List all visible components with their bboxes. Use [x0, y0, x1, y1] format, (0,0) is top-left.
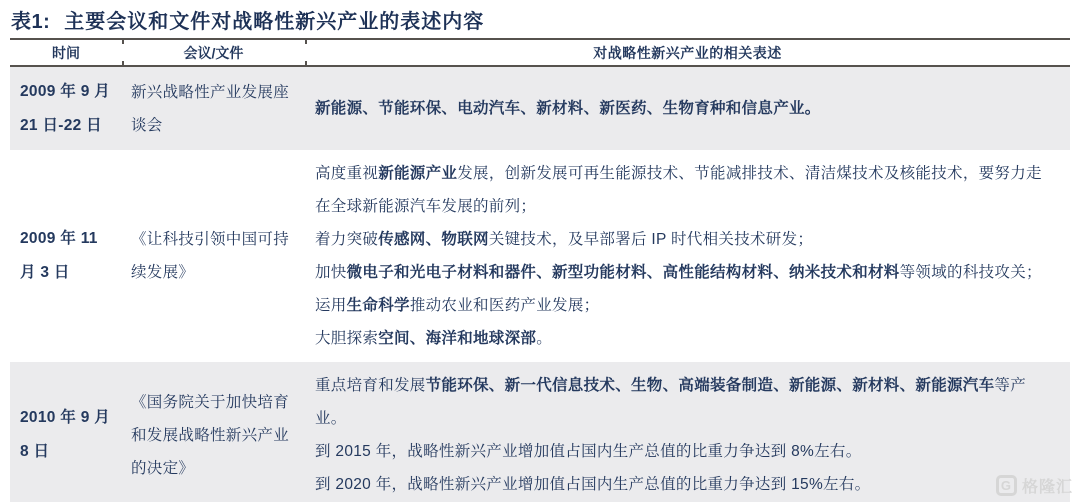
table-row: 2009 年 9 月 21 日-22 日新兴战略性产业发展座 谈会新能源、节能环… — [10, 67, 1070, 150]
report-table-figure: 表1:主要会议和文件对战略性新兴产业的表述内容 时间 会议/文件 对战略性新兴产… — [10, 0, 1070, 502]
gelonghui-logo-icon: G — [996, 475, 1017, 496]
cell-statements: 重点培育和发展节能环保、新一代信息技术、生物、高端装备制造、新能源、新材料、新能… — [305, 362, 1070, 502]
header-rule — [10, 65, 1070, 67]
cell-time: 2010 年 9 月 8 日 — [10, 401, 122, 469]
header-statements: 对战略性新兴产业的相关表述 — [305, 43, 1070, 63]
cell-meeting-document: 新兴战略性产业发展座 谈会 — [122, 76, 305, 142]
column-tick — [122, 40, 124, 44]
column-tick — [122, 61, 124, 65]
statement-paragraph: 到 2020 年，战略性新兴产业增加值占国内生产总值的比重力争达到 15%左右。 — [315, 468, 1056, 501]
statement-paragraph: 大胆探索空间、海洋和地球深部。 — [315, 322, 1056, 355]
statement-paragraph: 到 2015 年，战略性新兴产业增加值占国内生产总值的比重力争达到 8%左右。 — [315, 435, 1056, 468]
statement-paragraph: 新能源、节能环保、电动汽车、新材料、新医药、生物育种和信息产业。 — [315, 92, 1056, 125]
statement-paragraph: 运用生命科学推动农业和医药产业发展； — [315, 289, 1056, 322]
table-body: 2009 年 9 月 21 日-22 日新兴战略性产业发展座 谈会新能源、节能环… — [10, 67, 1070, 502]
table-title-text: 主要会议和文件对战略性新兴产业的表述内容 — [64, 11, 484, 33]
statement-paragraph: 重点培育和发展节能环保、新一代信息技术、生物、高端装备制造、新能源、新材料、新能… — [315, 369, 1056, 435]
cell-time: 2009 年 11 月 3 日 — [10, 222, 122, 290]
title-rule — [10, 38, 1070, 40]
column-tick — [305, 40, 307, 44]
statement-paragraph: 加快微电子和光电子材料和器件、新型功能材料、高性能结构材料、纳米技术和材料等领域… — [315, 256, 1056, 289]
table-header-row: 时间 会议/文件 对战略性新兴产业的相关表述 — [10, 40, 1070, 65]
cell-statements: 高度重视新能源产业发展，创新发展可再生能源技术、节能减排技术、清洁煤技术及核能技… — [305, 150, 1070, 362]
statement-paragraph: 高度重视新能源产业发展，创新发展可再生能源技术、节能减排技术、清洁煤技术及核能技… — [315, 157, 1056, 223]
cell-statements: 新能源、节能环保、电动汽车、新材料、新医药、生物育种和信息产业。 — [305, 85, 1070, 132]
table-number-label: 表1: — [11, 11, 50, 33]
header-meeting-document: 会议/文件 — [122, 43, 305, 63]
header-time: 时间 — [10, 43, 122, 63]
cell-meeting-document: 《让科技引领中国可持 续发展》 — [122, 223, 305, 289]
table-title: 表1:主要会议和文件对战略性新兴产业的表述内容 — [10, 0, 1070, 38]
column-tick — [305, 61, 307, 65]
table-row: 2010 年 9 月 8 日《国务院关于加快培育 和发展战略性新兴产业 的决定》… — [10, 362, 1070, 502]
watermark: G 格隆汇 — [996, 474, 1073, 497]
table-row: 2009 年 11 月 3 日《让科技引领中国可持 续发展》高度重视新能源产业发… — [10, 150, 1070, 362]
cell-meeting-document: 《国务院关于加快培育 和发展战略性新兴产业 的决定》 — [122, 386, 305, 485]
watermark-text: 格隆汇 — [1022, 474, 1073, 497]
cell-time: 2009 年 9 月 21 日-22 日 — [10, 75, 122, 143]
statement-paragraph: 着力突破传感网、物联网关键技术，及早部署后 IP 时代相关技术研发； — [315, 223, 1056, 256]
